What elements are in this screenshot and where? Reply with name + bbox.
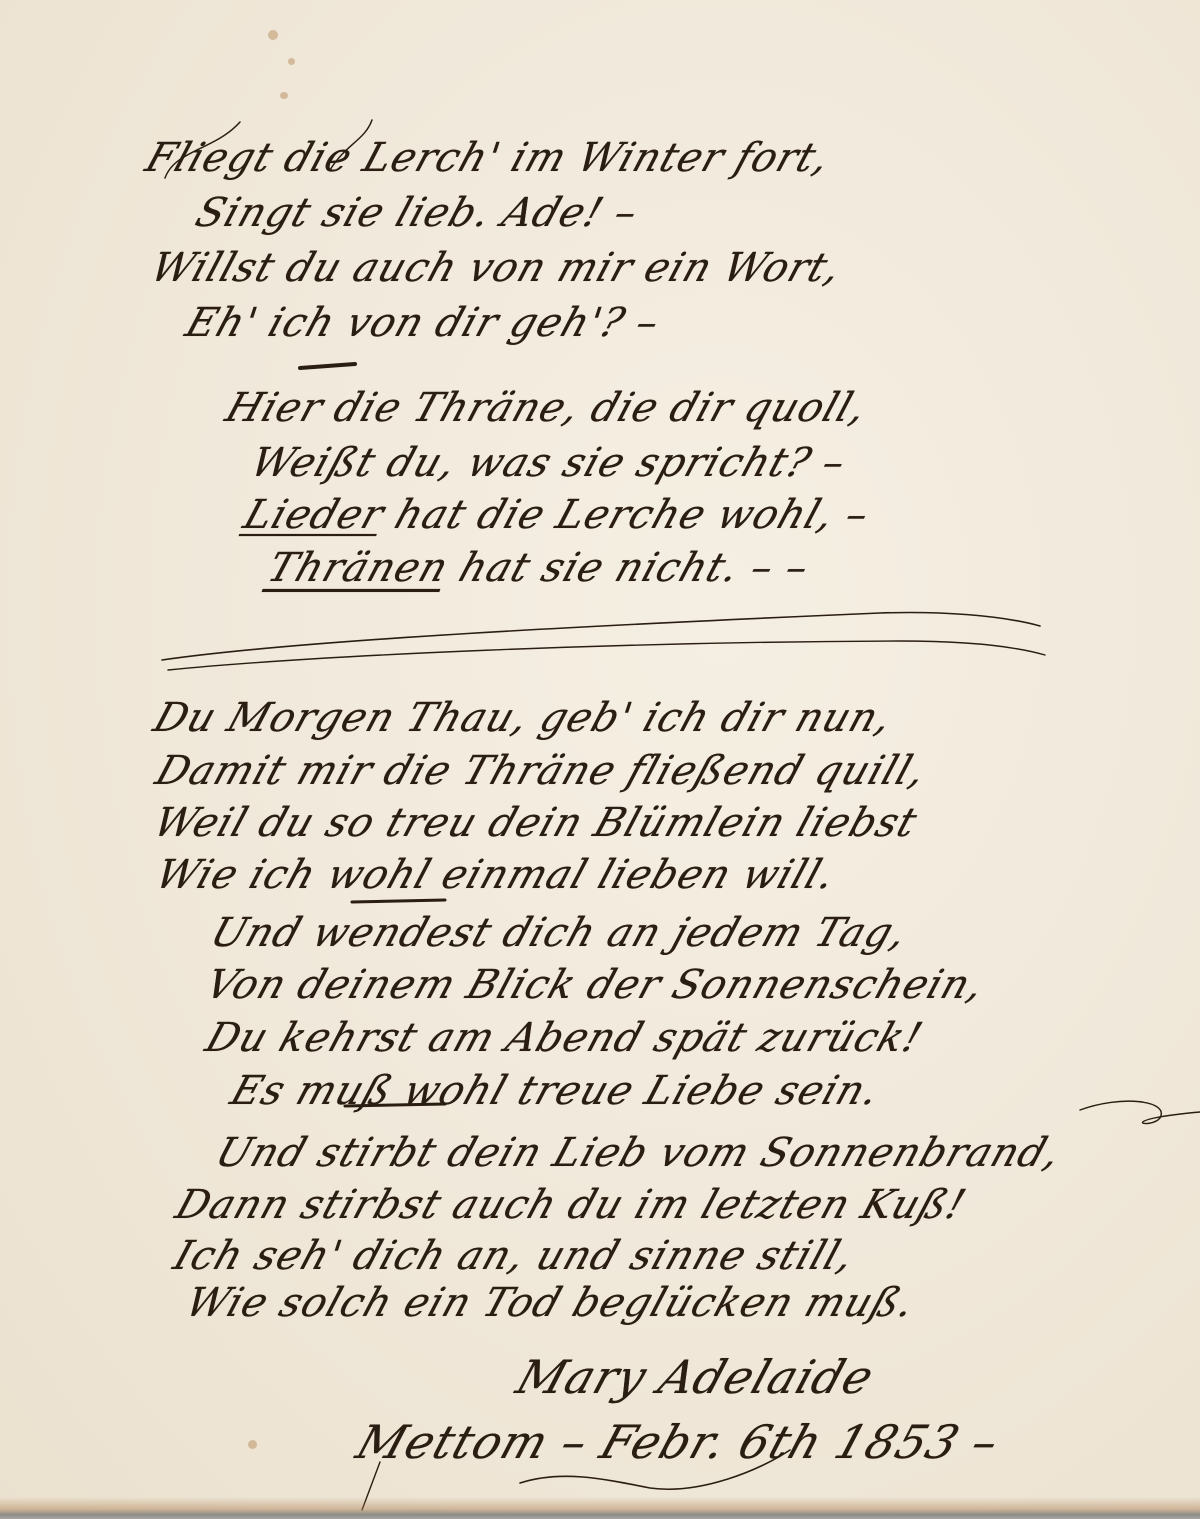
poem-line: Wie solch ein Tod beglücken muß. — [180, 1280, 921, 1326]
poem-line: Wie ich wohl einmal lieben will. — [150, 852, 842, 898]
poem-line: Willst du auch von mir ein Wort, — [145, 245, 848, 291]
divider-rule-top — [162, 613, 1040, 660]
poem-line: Du kehrst am Abend spät zurück! — [200, 1015, 929, 1061]
signature-place-date: Mettom – Febr. 6th 1853 – — [350, 1415, 1006, 1469]
poem-line: Von deinem Blick der Sonnenschein, — [200, 962, 990, 1008]
poem-line: Du Morgen Thau, geb' ich dir nun, — [148, 695, 898, 741]
poem-line: Lieder hat die Lerche wohl, – — [238, 492, 876, 538]
poem-line: Singt sie lieb. Ade! – — [190, 190, 644, 236]
signature-name: Mary Adelaide — [510, 1350, 881, 1404]
poem-line: Thränen hat sie nicht. – – — [262, 545, 815, 591]
poem-line: Und wendest dich an jedem Tag, — [205, 910, 913, 956]
margin-flourish — [1080, 1101, 1200, 1123]
line-text: hat sie nicht. – – — [453, 545, 815, 591]
overline-stroke — [300, 364, 355, 368]
poem-line: Damit mir die Thräne fließend quill, — [150, 748, 932, 794]
poem-line: Es muß wohl treue Liebe sein. — [225, 1068, 886, 1114]
poem-line: Fliegt die Lerch' im Winter fort, — [140, 135, 836, 181]
poem-line: Dann stirbst auch du im letzten Kuß! — [170, 1182, 972, 1228]
poem-line: Hier die Thräne, die dir quoll, — [220, 385, 873, 431]
manuscript-page: Fliegt die Lerch' im Winter fort, Singt … — [0, 0, 1200, 1519]
underlined-word: Lieder — [238, 492, 390, 538]
line-text: hat die Lerche wohl, – — [389, 492, 875, 538]
underlined-word: Thränen — [262, 545, 455, 591]
poem-line: Weißt du, was sie spricht? – — [245, 440, 852, 486]
page-bottom-edge — [0, 1497, 1200, 1519]
poem-line: Eh' ich von dir geh'? – — [180, 300, 666, 346]
poem-line: Ich seh' dich an, und sinne still, — [168, 1233, 860, 1279]
poem-line: Und stirbt dein Lieb vom Sonnenbrand, — [210, 1130, 1067, 1176]
poem-line: Weil du so treu dein Blümlein liebst — [148, 800, 923, 846]
overline-stroke — [352, 900, 445, 902]
